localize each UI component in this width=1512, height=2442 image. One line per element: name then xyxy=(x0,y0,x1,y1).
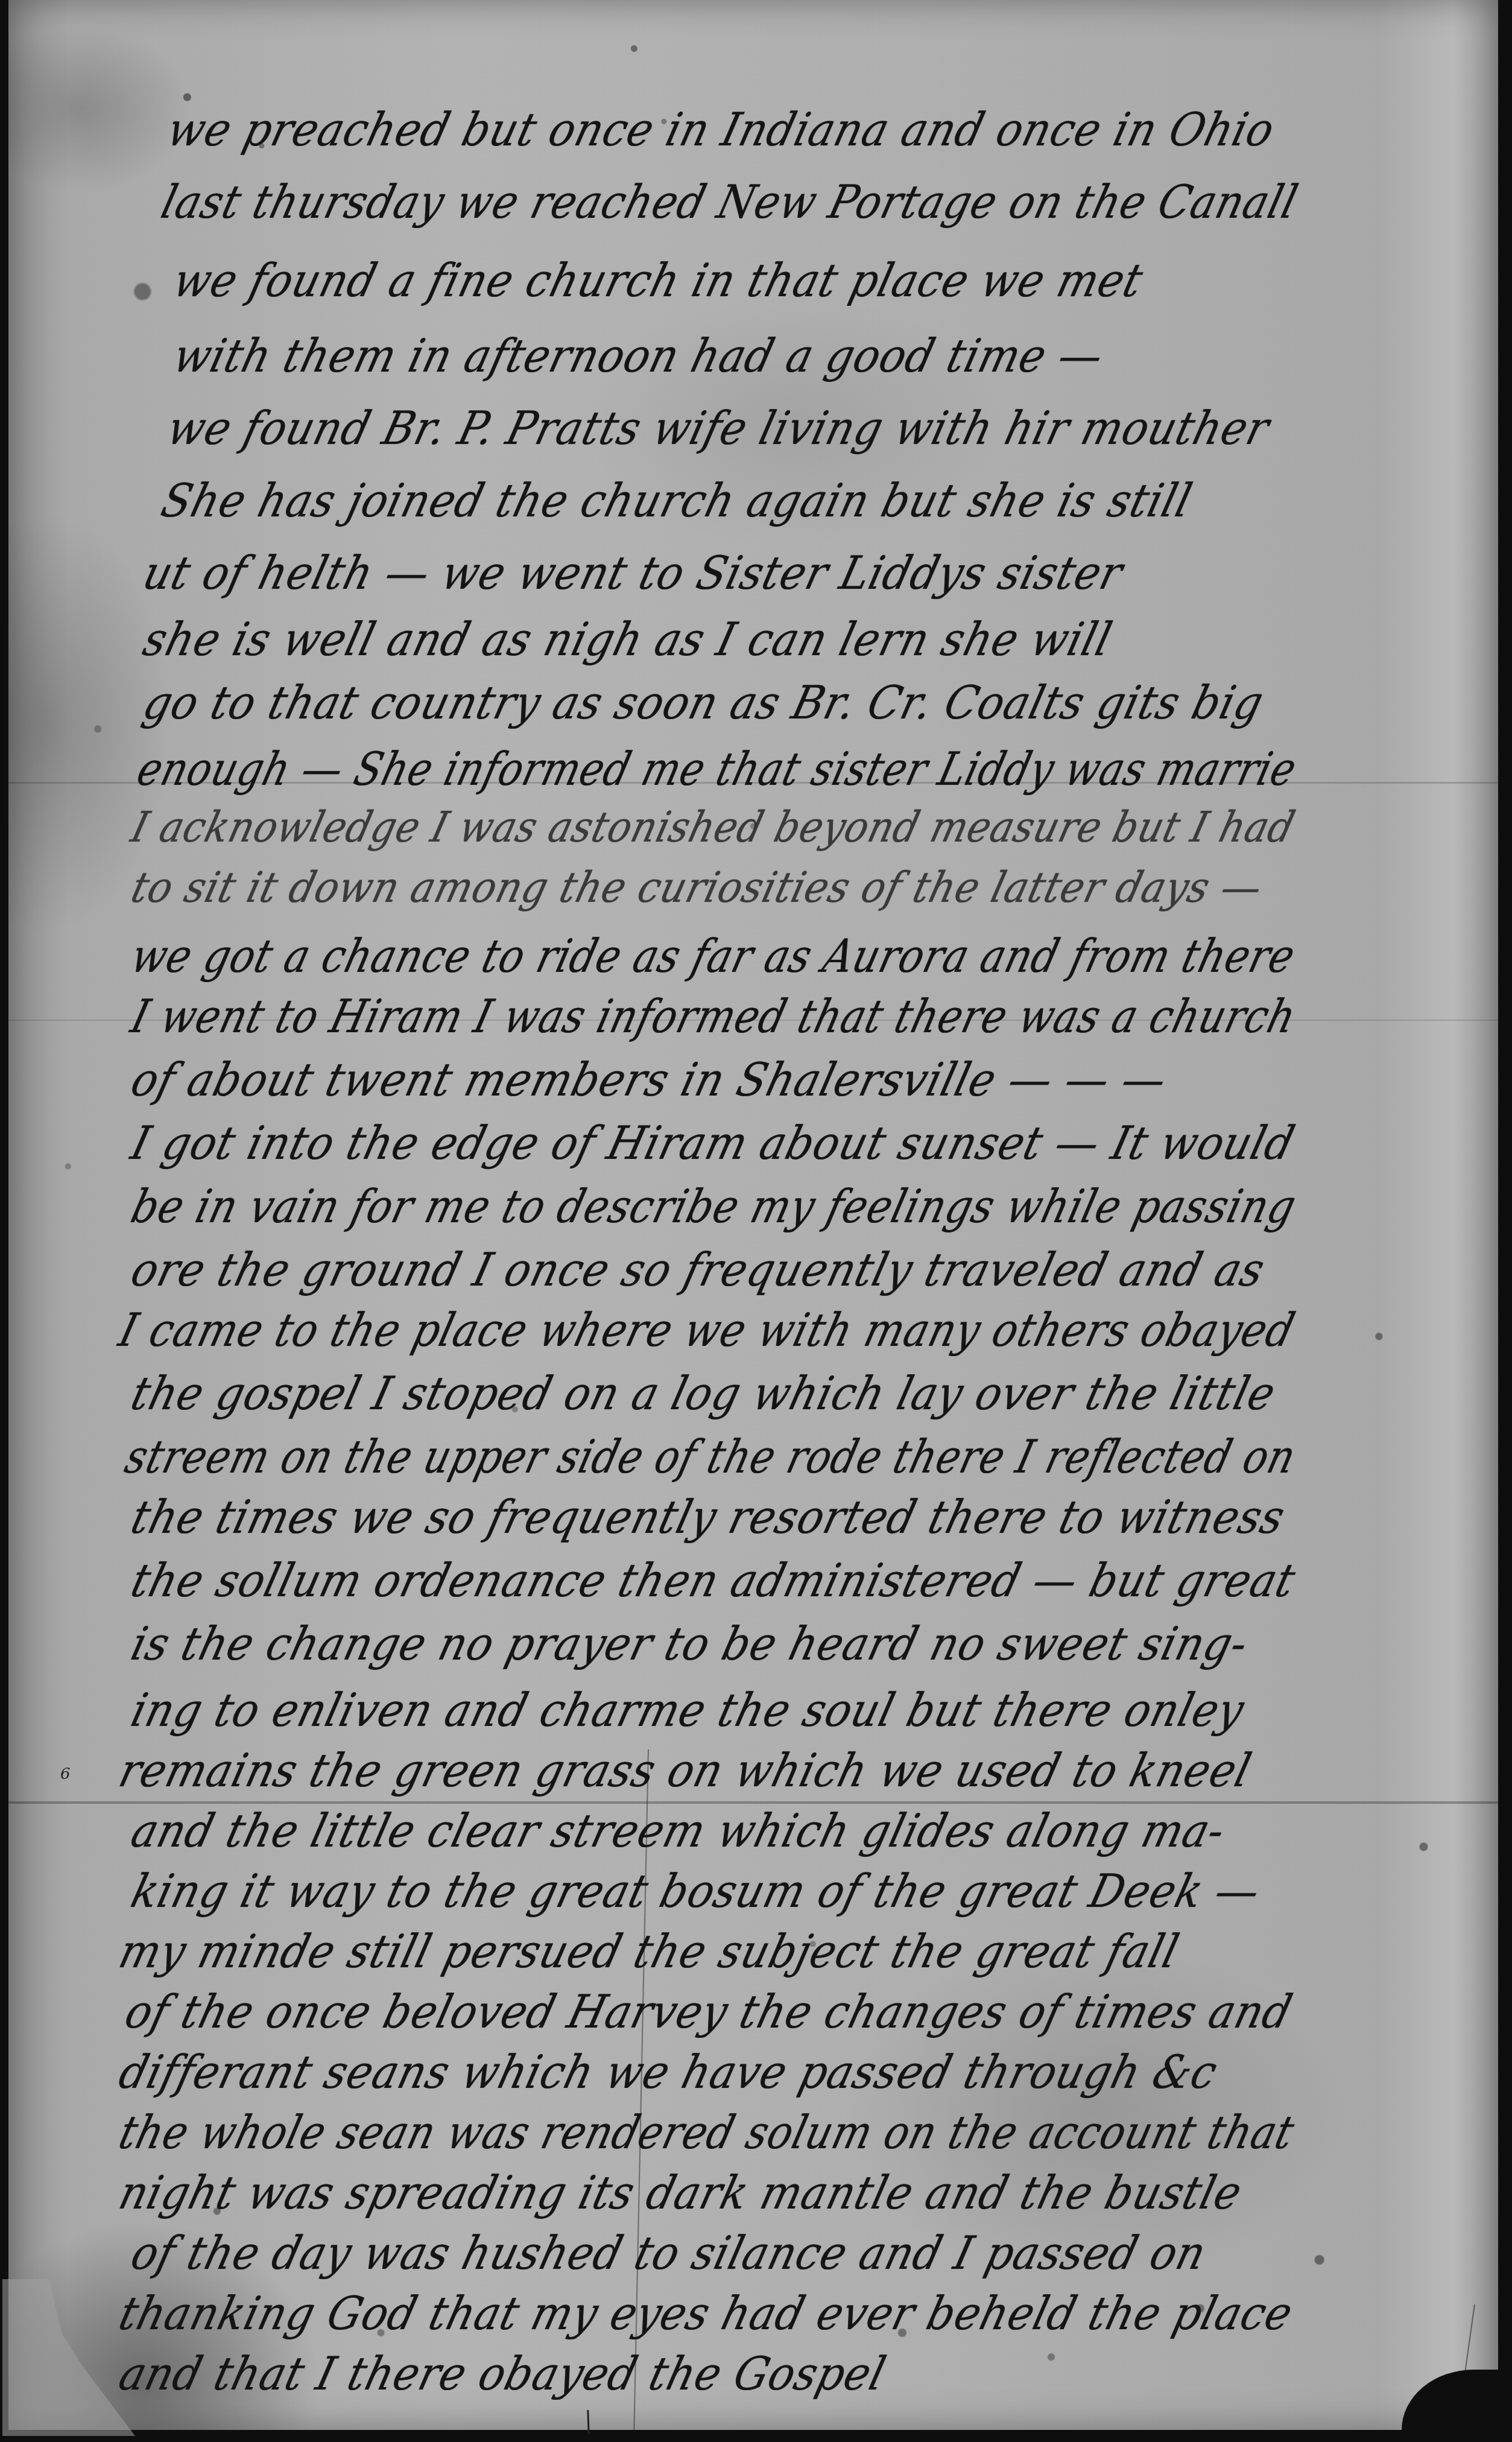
manuscript-line: remains the green grass on which we used… xyxy=(114,1743,1257,1797)
manuscript-line: thanking God that my eyes had ever behel… xyxy=(114,2286,1298,2340)
manuscript-line: we found a fine church in that place we … xyxy=(168,253,1149,307)
manuscript-line: we got a chance to ride as far as Aurora… xyxy=(126,929,1301,983)
manuscript-line: differant seans which we have passed thr… xyxy=(114,2045,1223,2099)
manuscript-line: of the once beloved Harvey the changes o… xyxy=(120,1985,1298,2038)
manuscript-line: the whole sean was rendered solum on the… xyxy=(114,2105,1300,2159)
manuscript-line: of the day was hushed to silance and I p… xyxy=(126,2226,1212,2280)
manuscript-line: ing to enliven and charme the soul but t… xyxy=(126,1683,1250,1737)
manuscript-line: night was spreading its dark mantle and … xyxy=(114,2166,1248,2219)
manuscript-line: She has joined the church again but she … xyxy=(156,474,1198,527)
manuscript-page: 6 we preached but once in Indiana and on… xyxy=(8,0,1498,2430)
manuscript-line: and the little clear streem which glides… xyxy=(126,1804,1231,1857)
manuscript-line: I acknowledge I was astonished beyond me… xyxy=(127,802,1300,852)
manuscript-line: to sit it down among the curiosities of … xyxy=(127,863,1268,912)
manuscript-line: ut of helth — we went to Sister Liddys s… xyxy=(138,546,1128,600)
manuscript-line: be in vain for me to describe my feeling… xyxy=(126,1179,1302,1233)
manuscript-line: streem on the upper side of the rode the… xyxy=(120,1430,1302,1483)
manuscript-line: enough — She informed me that sister Lid… xyxy=(132,742,1302,796)
handwritten-text: we preached but once in Indiana and once… xyxy=(8,0,1498,2430)
manuscript-line: go to that country as soon as Br. Cr. Co… xyxy=(138,676,1269,729)
manuscript-line: the times we so frequently resorted ther… xyxy=(126,1490,1291,1544)
manuscript-line: we found Br. P. Pratts wife living with … xyxy=(162,401,1275,455)
manuscript-line: we preached but once in Indiana and once… xyxy=(162,103,1280,156)
manuscript-line: my minde still persued the subject the g… xyxy=(114,1924,1185,1978)
manuscript-line: she is well and as nigh as I can lern sh… xyxy=(138,612,1118,666)
manuscript-line: is the change no prayer to be heard no s… xyxy=(126,1617,1254,1670)
manuscript-line: with them in afternoon had a good time — xyxy=(168,329,1109,382)
manuscript-line: the sollum ordenance then administered —… xyxy=(126,1553,1301,1607)
manuscript-line: of about twent members in Shalersville —… xyxy=(126,1053,1172,1106)
manuscript-line: ore the ground I once so frequently trav… xyxy=(126,1243,1270,1296)
manuscript-line: I got into the edge of Hiram about sunse… xyxy=(126,1116,1300,1170)
manuscript-line: I went to Hiram I was informed that ther… xyxy=(126,989,1302,1043)
manuscript-line: I came to the place where we with many o… xyxy=(114,1303,1300,1357)
manuscript-line: last thursday we reached New Portage on … xyxy=(156,175,1303,229)
manuscript-line: king it way to the great bosum of the gr… xyxy=(126,1864,1266,1918)
manuscript-line: the gospel I stoped on a log which lay o… xyxy=(126,1366,1281,1420)
manuscript-line: and that I there obayed the Gospel xyxy=(114,2347,891,2400)
